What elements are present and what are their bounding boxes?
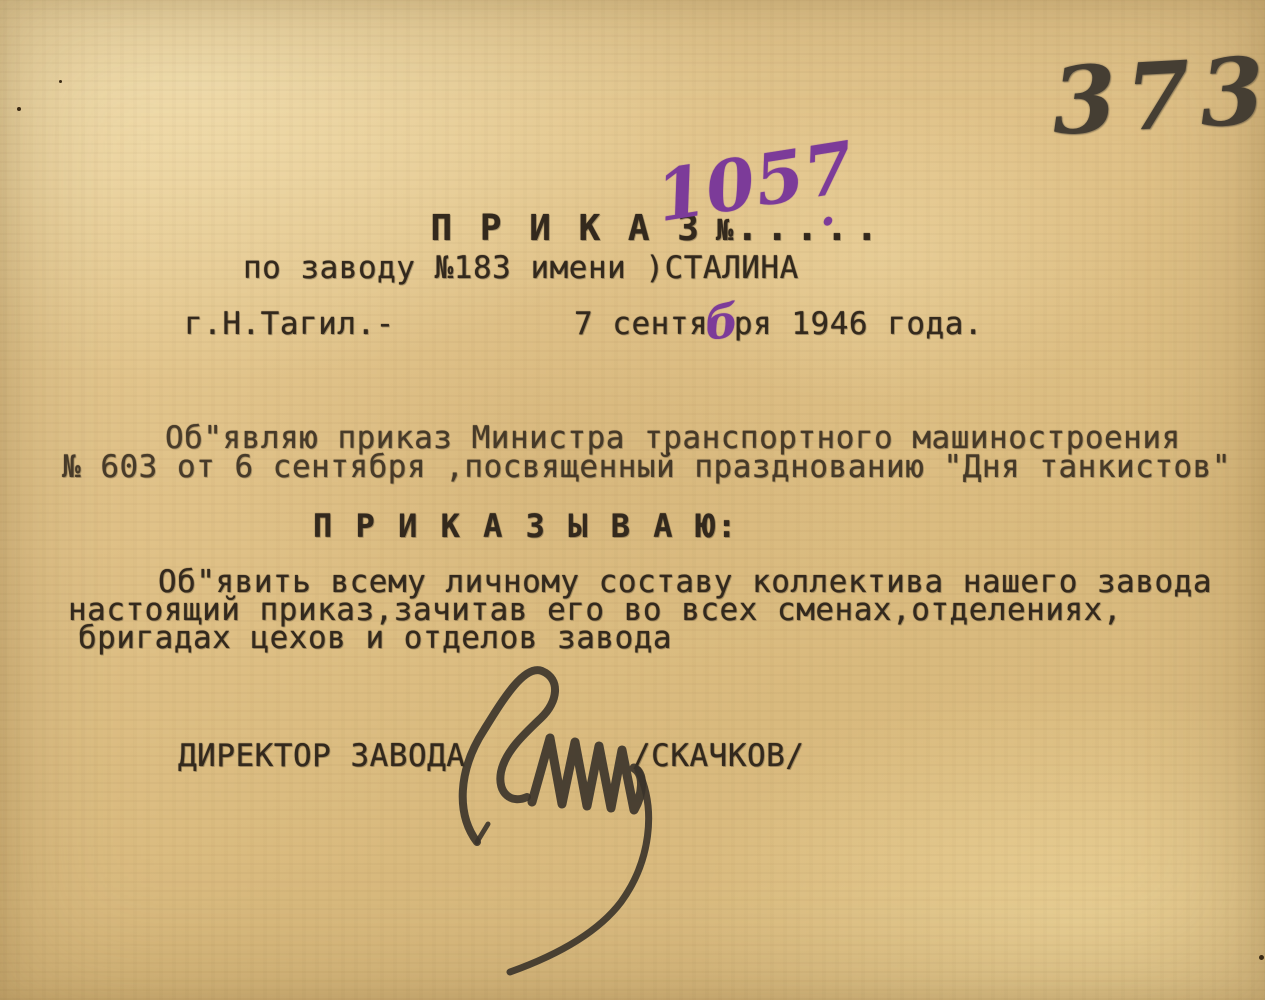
paper-speck [1259, 955, 1264, 960]
date-part2: ря 1946 года. [734, 306, 983, 342]
date-line: 7 сентября 1946 года. [574, 306, 983, 342]
city-line: г.Н.Тагил.- [184, 306, 395, 342]
order-line-3: бригадах цехов и отделов завода [78, 620, 672, 656]
paper-speck [59, 80, 62, 83]
paper-speck [17, 107, 21, 111]
handwritten-letter-correction: б [705, 320, 739, 324]
announce-line-2: № 603 от 6 сентября ,посвященный праздно… [62, 449, 1231, 485]
scanned-document-page: 373 П Р И К А З№..... 1057 . по заводу №… [0, 0, 1265, 1000]
command-word: П Р И К А З Ы В А Ю: [313, 507, 738, 545]
archive-page-number: 373 [1049, 36, 1265, 155]
signatory-position-title: ДИРЕКТОР ЗАВОДА [178, 738, 465, 774]
date-part1: 7 сентя [574, 306, 708, 342]
factory-line: по заводу №183 имени )СТАЛИНА [243, 250, 799, 286]
pencil-signature-scrawl-icon [428, 652, 748, 992]
